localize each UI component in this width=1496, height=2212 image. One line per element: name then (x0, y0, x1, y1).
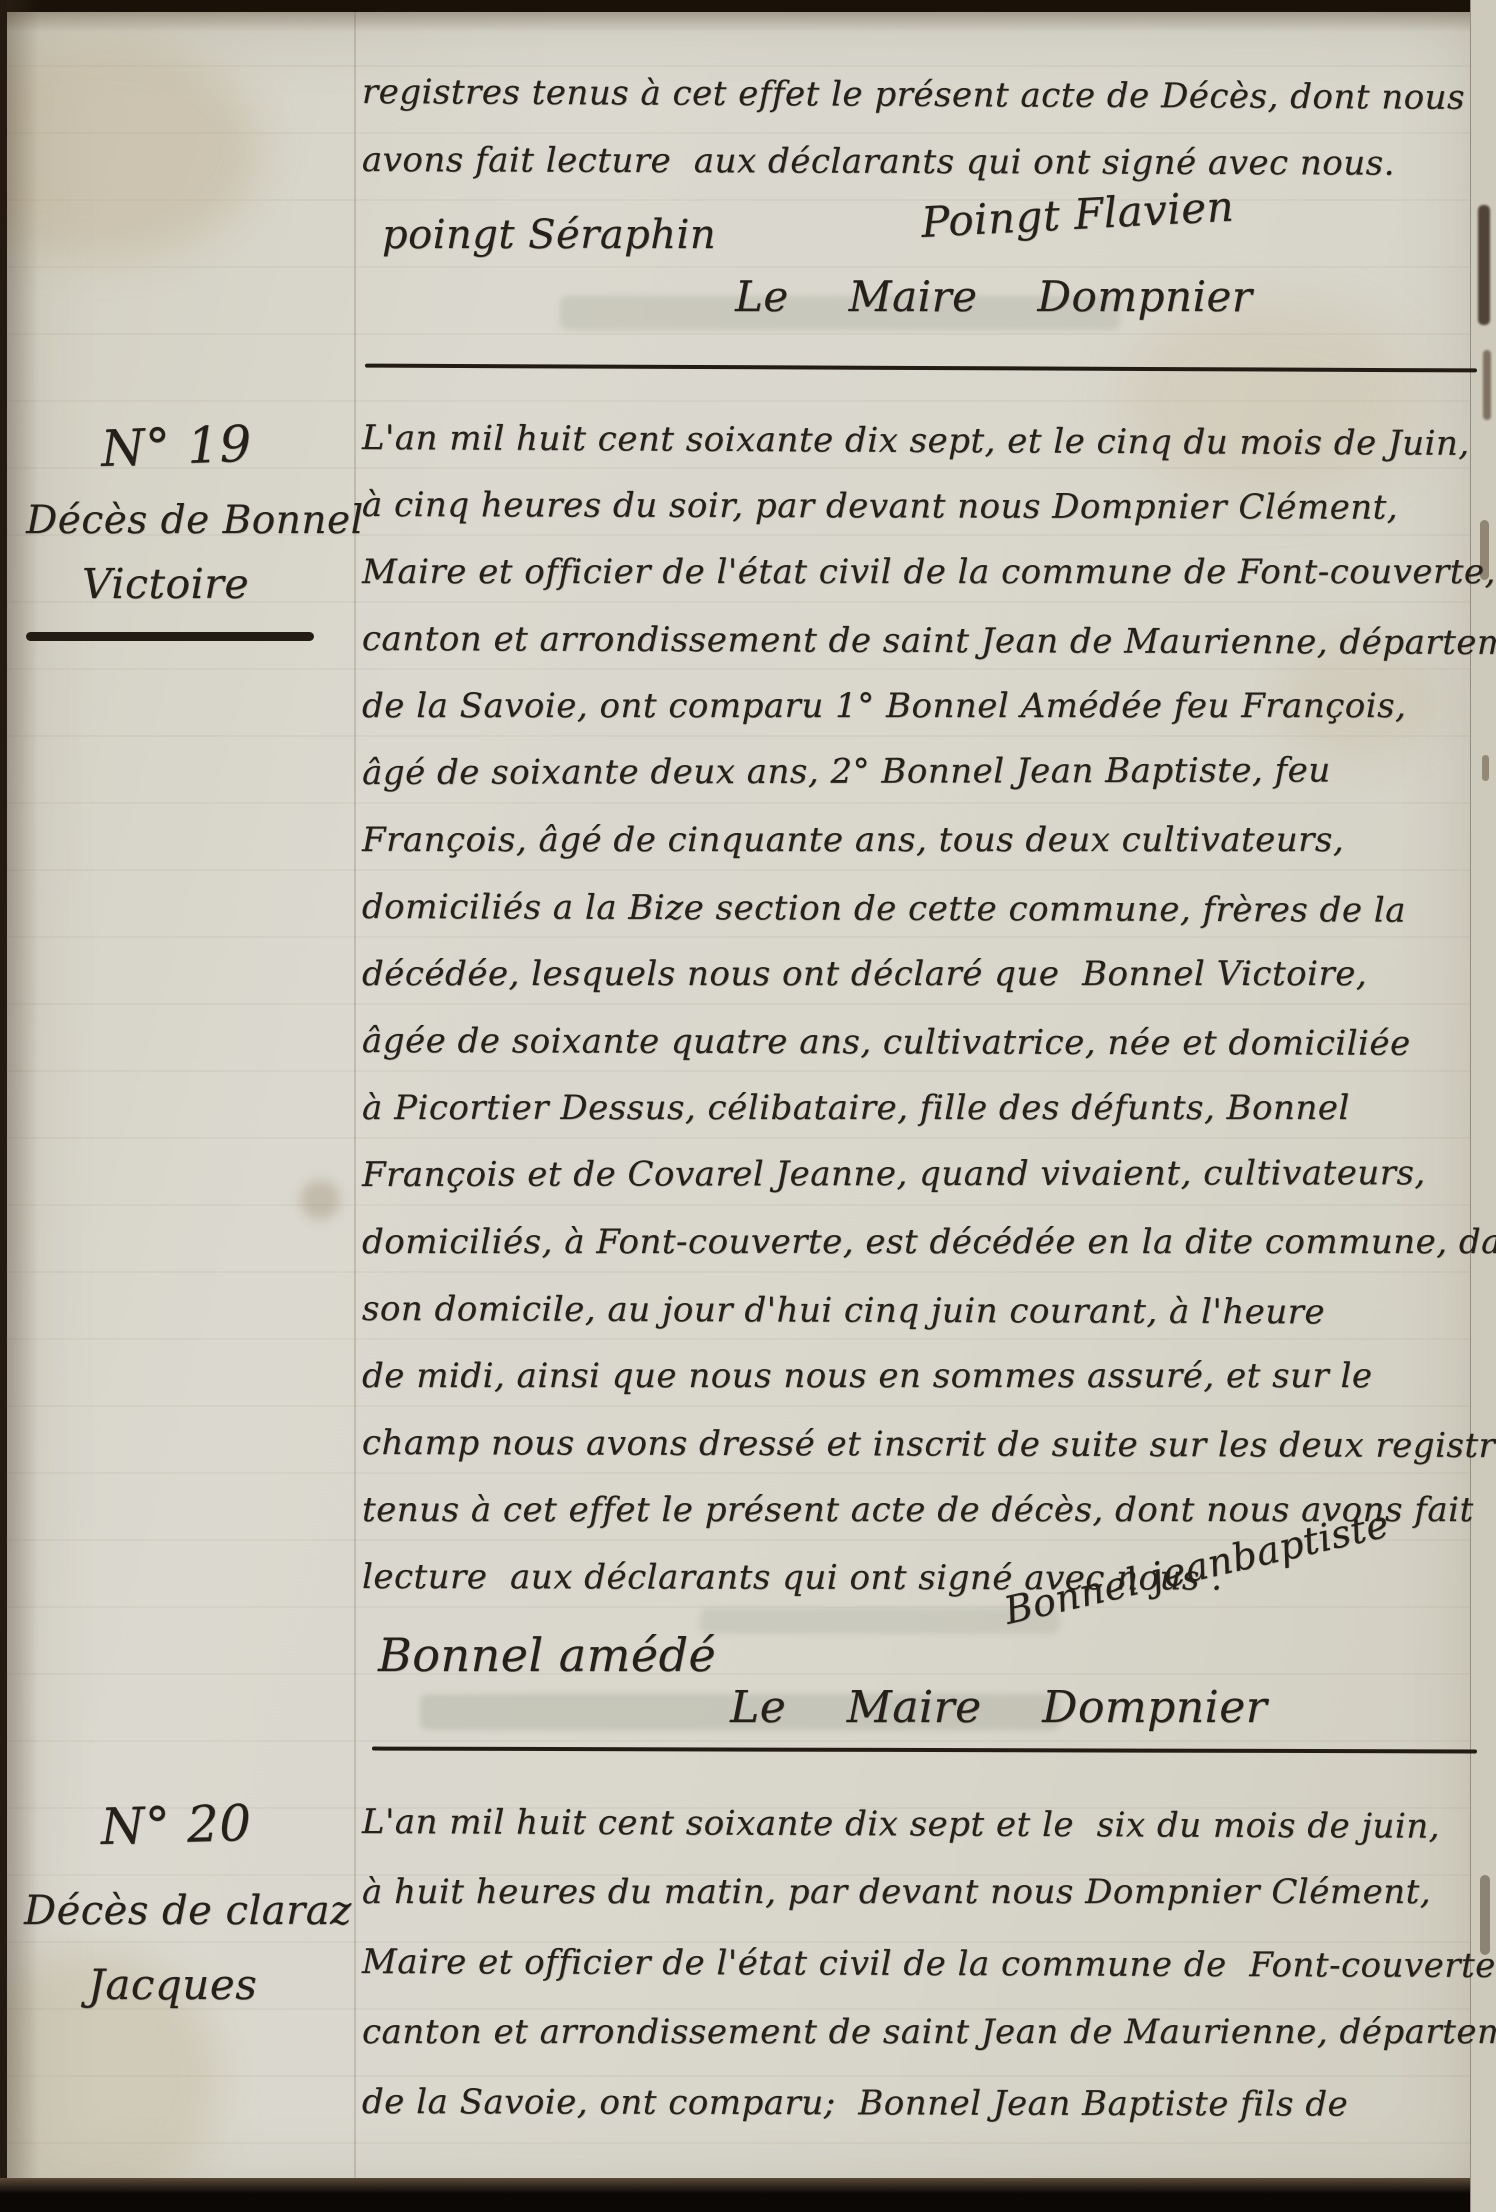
act-19-body-line: L'an mil huit cent soixante dix sept, et… (362, 418, 1470, 465)
act-19-body-line: à Picortier Dessus, célibataire, fille d… (362, 1088, 1350, 1129)
act-19-body-line: champ nous avons dressé et inscrit de su… (362, 1423, 1496, 1467)
page-edge-left (0, 0, 7, 2212)
act-20-margin-number: N° 20 (100, 1794, 252, 1856)
mayor-signature: Le Maire Dompnier (735, 272, 1252, 321)
act-20-body-line: L'an mil huit cent soixante dix sept et … (362, 1802, 1440, 1848)
act-19-margin-title: Victoire (82, 560, 249, 608)
mayor-signature: Le Maire Dompnier (730, 1682, 1267, 1733)
act-20-body-line: canton et arrondissement de saint Jean d… (362, 2012, 1496, 2053)
previous-act-body-line: avons fait lecture aux déclarants qui on… (362, 140, 1395, 184)
paper-stain (1120, 300, 1420, 500)
act-20-margin-title: Jacques (88, 1960, 257, 2009)
paper-fold-line (354, 12, 356, 2186)
entry-separator-line (365, 364, 1477, 373)
entry-separator-line (372, 1747, 1477, 1754)
page-edge-top-shadow (0, 12, 1496, 32)
act-19-body-line: domiciliés, à Font-couverte, est décédée… (362, 1222, 1496, 1263)
act-19-body-line: à cinq heures du soir, par devant nous D… (362, 485, 1398, 529)
page-edge-right-strip (1470, 0, 1496, 2212)
act-19-body-line: son domicile, au jour d'hui cinq juin co… (362, 1289, 1325, 1333)
paper-stain (300, 1180, 340, 1220)
act-19-body-line: âgé de soixante deux ans, 2° Bonnel Jean… (362, 750, 1331, 793)
paper-stain (0, 40, 260, 260)
act-19-margin-underline (26, 632, 314, 641)
act-19-body-line: âgée de soixante quatre ans, cultivatric… (362, 1021, 1411, 1065)
act-19-margin-title: Décès de Bonnel (26, 498, 364, 543)
declarant-signature: poingt Séraphin (382, 212, 716, 258)
act-20-margin-title: Décès de claraz (24, 1888, 352, 1934)
page-edge-bottom (0, 2178, 1496, 2212)
act-20-body-line: à huit heures du matin, par devant nous … (362, 1872, 1431, 1913)
act-19-body-line: de midi, ainsi que nous nous en sommes a… (362, 1356, 1373, 1397)
act-20-body-line: Maire et officier de l'état civil de la … (362, 1942, 1496, 1987)
act-19-body-line: Maire et officier de l'état civil de la … (362, 552, 1496, 593)
act-19-body-line: François et de Covarel Jeanne, quand viv… (362, 1153, 1426, 1196)
previous-act-body-line: registres tenus à cet effet le présent a… (362, 72, 1465, 119)
page-edge-left-shadow (7, 0, 39, 2212)
act-19-body-line: canton et arrondissement de saint Jean d… (362, 619, 1496, 664)
declarant-signature: Bonnel amédé (378, 1628, 716, 1682)
act-19-body-line: domiciliés a la Bize section de cette co… (362, 887, 1406, 931)
register-page: registres tenus à cet effet le présent a… (0, 0, 1496, 2212)
act-19-body-line: François, âgé de cinquante ans, tous deu… (362, 820, 1344, 861)
act-19-margin-number: N° 19 (100, 415, 253, 478)
act-19-body-line: décédée, lesquels nous ont déclaré que B… (362, 954, 1367, 995)
act-20-body-line: de la Savoie, ont comparu; Bonnel Jean B… (362, 2082, 1348, 2125)
act-19-body-line: de la Savoie, ont comparu 1° Bonnel Améd… (362, 686, 1406, 727)
page-edge-top (0, 0, 1496, 12)
declarant-signature: Poingt Flavien (920, 182, 1235, 247)
